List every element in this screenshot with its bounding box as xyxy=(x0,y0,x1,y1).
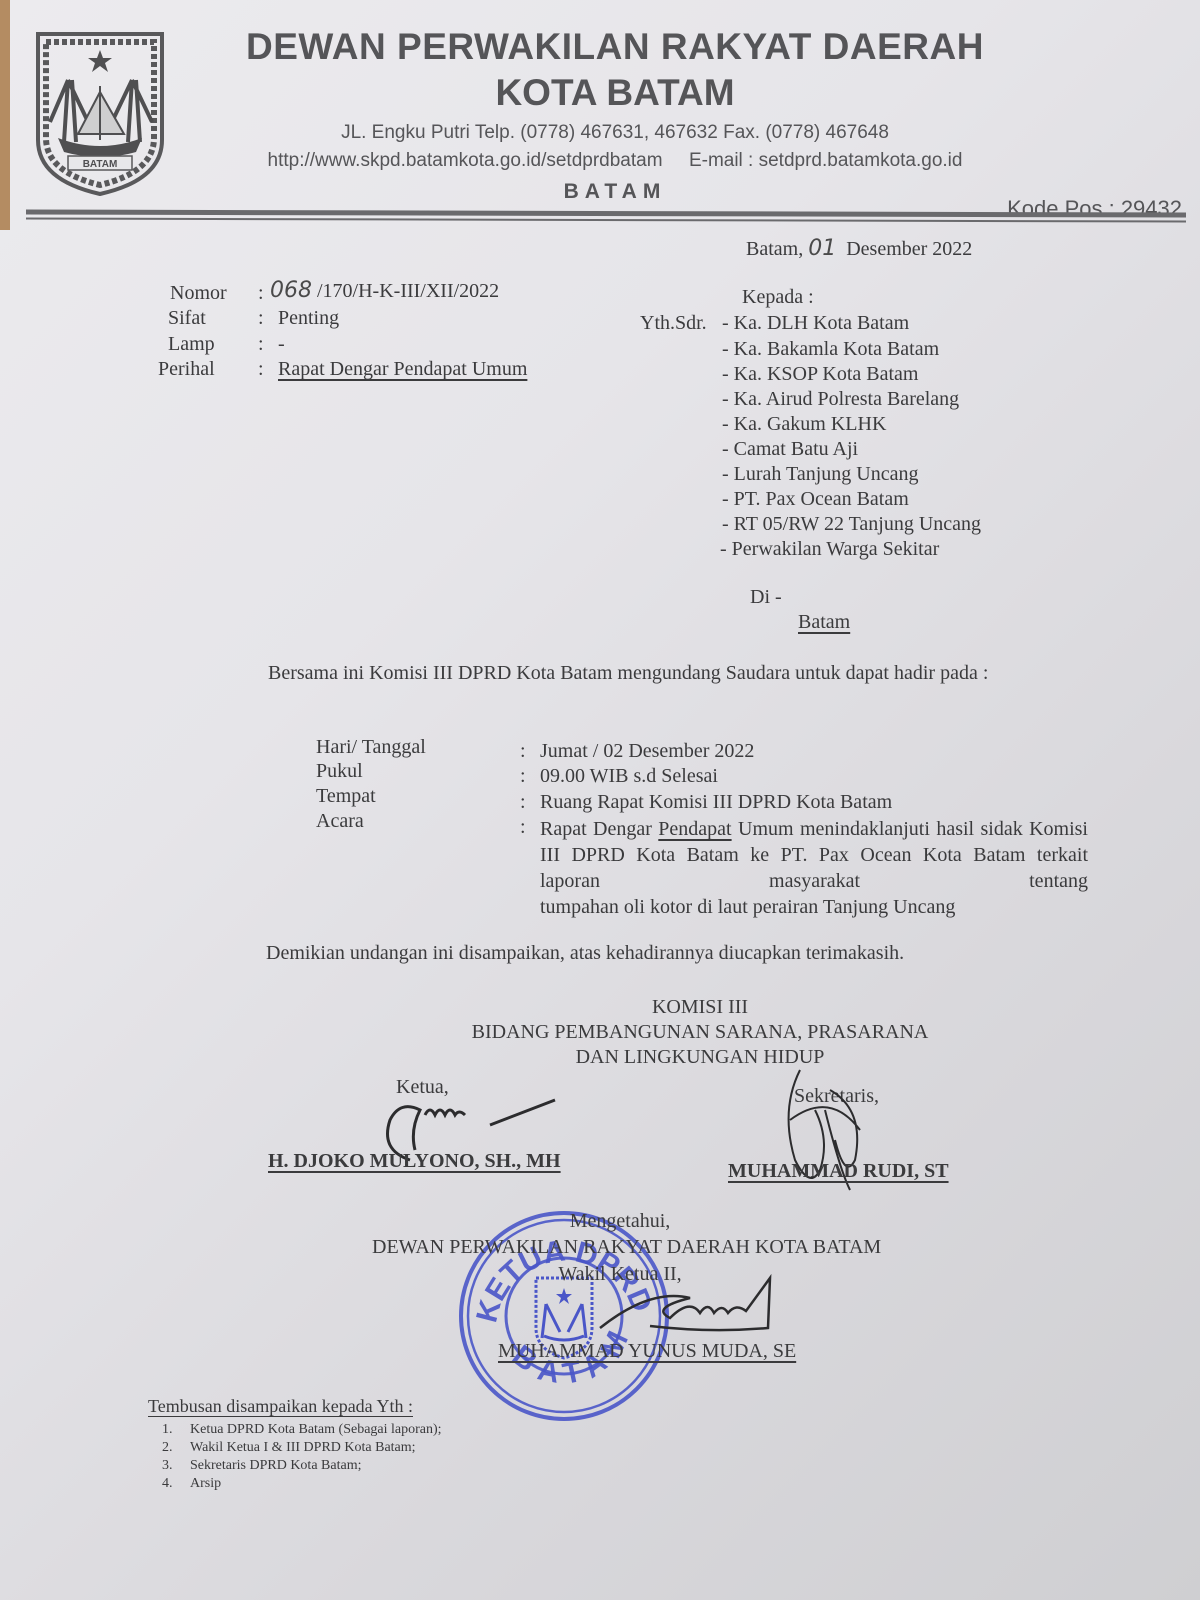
date-month-year: Desember 2022 xyxy=(846,238,972,260)
nomor-value: /170/H-K-III/XII/2022 xyxy=(317,280,499,302)
background-edge xyxy=(0,0,10,230)
recipient-item: - Lurah Tanjung Uncang xyxy=(722,463,919,486)
secretary-title: Sekretaris, xyxy=(794,1085,879,1108)
committee-field-cont: DAN LINGKUNGAN HIDUP xyxy=(350,1046,1050,1069)
copies-item: 3.Sekretaris DPRD Kota Batam; xyxy=(162,1458,361,1474)
letter-date: Batam, 01 Desember 2022 xyxy=(746,236,972,261)
svg-text:BATAM: BATAM xyxy=(83,159,118,170)
copies-item-number: 1. xyxy=(162,1422,190,1438)
postal-code: Kode Pos : 29432 xyxy=(1007,196,1182,222)
recipient-item: - Ka. Airud Polresta Barelang xyxy=(722,388,959,411)
letterhead-email: E-mail : setdprd.batamkota.go.id xyxy=(689,150,963,171)
detail-value-place: Ruang Rapat Komisi III DPRD Kota Batam xyxy=(540,791,892,814)
detail-colon: : xyxy=(520,816,526,839)
acknowledgement-name: MUHAMMAD YUNUS MUDA, SE xyxy=(498,1340,796,1363)
copies-item: 1.Ketua DPRD Kota Batam (Sebagai laporan… xyxy=(162,1422,442,1438)
copies-item: 4.Arsip xyxy=(162,1476,221,1492)
detail-colon: : xyxy=(520,765,526,788)
meta-value-nomor: 068 /170/H-K-III/XII/2022 xyxy=(270,278,499,303)
detail-colon: : xyxy=(520,791,526,814)
recipient-item: - Ka. KSOP Kota Batam xyxy=(722,363,918,386)
detail-label-time: Pukul xyxy=(316,760,363,783)
copies-heading: Tembusan disampaikan kepada Yth : xyxy=(148,1396,413,1417)
meta-colon: : xyxy=(258,307,264,330)
copies-item-text: Wakil Ketua I & III DPRD Kota Batam; xyxy=(190,1440,416,1455)
institution-title: DEWAN PERWAKILAN RAKYAT DAERAH xyxy=(200,26,1030,68)
detail-label-agenda: Acara xyxy=(316,810,364,833)
acknowledgement-title: Wakil Ketua II, xyxy=(420,1263,820,1286)
institution-city-title: KOTA BATAM xyxy=(200,72,1030,114)
meta-colon: : xyxy=(258,358,264,381)
meta-label-sifat: Sifat xyxy=(168,307,268,330)
nomor-handwritten: 068 xyxy=(270,278,312,303)
copies-item: 2.Wakil Ketua I & III DPRD Kota Batam; xyxy=(162,1440,416,1456)
detail-label-date: Hari/ Tanggal xyxy=(316,736,426,759)
closing-sentence: Demikian undangan ini disampaikan, atas … xyxy=(266,942,904,965)
chair-title: Ketua, xyxy=(396,1076,449,1099)
intro-paragraph: Bersama ini Komisi III DPRD Kota Batam m… xyxy=(268,660,1088,686)
acknowledgement-institution: DEWAN PERWAKILAN RAKYAT DAERAH KOTA BATA… xyxy=(372,1236,881,1259)
acknowledgement-label: Mengetahui, xyxy=(420,1210,820,1233)
agenda-text: Rapat Dengar xyxy=(540,818,658,840)
recipient-item: - Ka. DLH Kota Batam xyxy=(722,312,909,335)
copies-item-number: 4. xyxy=(162,1476,190,1492)
detail-label-place: Tempat xyxy=(316,785,376,808)
recipients-place: Batam xyxy=(798,611,850,634)
meta-colon: : xyxy=(258,333,264,356)
copies-item-number: 3. xyxy=(162,1458,190,1474)
meta-value-lamp: - xyxy=(278,333,285,356)
recipient-item: - PT. Pax Ocean Batam xyxy=(722,488,909,511)
copies-item-text: Ketua DPRD Kota Batam (Sebagai laporan); xyxy=(190,1422,442,1437)
copies-item-text: Sekretaris DPRD Kota Batam; xyxy=(190,1458,361,1473)
recipient-item: - Camat Batu Aji xyxy=(722,438,858,461)
recipients-di: Di - xyxy=(750,586,782,609)
letterhead-contact: http://www.skpd.batamkota.go.id/setdprdb… xyxy=(200,150,1030,172)
committee-name: KOMISI III xyxy=(350,996,1050,1019)
detail-value-time: 09.00 WIB s.d Selesai xyxy=(540,765,718,788)
meta-label-perihal: Perihal xyxy=(158,358,258,381)
detail-colon: : xyxy=(520,740,526,763)
copies-item-number: 2. xyxy=(162,1440,190,1456)
recipients-heading: Kepada : xyxy=(742,286,814,309)
agenda-underlined: Pendapat xyxy=(658,818,731,840)
recipient-item: - Ka. Bakamla Kota Batam xyxy=(722,338,939,361)
chair-name: H. DJOKO MULYONO, SH., MH xyxy=(268,1150,561,1173)
meta-label-nomor: Nomor xyxy=(170,282,270,305)
meta-label-lamp: Lamp xyxy=(168,333,268,356)
letterhead-address: JL. Engku Putri Telp. (0778) 467631, 467… xyxy=(200,122,1030,144)
copies-item-text: Arsip xyxy=(190,1476,221,1491)
recipient-item: - Perwakilan Warga Sekitar xyxy=(720,538,939,561)
date-prefix: Batam, xyxy=(746,238,803,260)
letterhead-website: http://www.skpd.batamkota.go.id/setdprdb… xyxy=(268,150,663,171)
meta-colon: : xyxy=(258,282,264,305)
meta-value-sifat: Penting xyxy=(278,307,339,330)
detail-value-agenda: Rapat Dengar Pendapat Umum menindaklanju… xyxy=(540,816,1088,920)
agenda-last-line: tumpahan oli kotor di laut perairan Tanj… xyxy=(540,894,1088,920)
recipient-item: - Ka. Gakum KLHK xyxy=(722,413,886,436)
recipient-item: - RT 05/RW 22 Tanjung Uncang xyxy=(722,513,981,536)
date-day-handwritten: 01 xyxy=(808,236,836,261)
secretary-name: MUHAMMAD RUDI, ST xyxy=(728,1160,949,1183)
meta-value-perihal: Rapat Dengar Pendapat Umum xyxy=(278,358,527,381)
recipients-salutation: Yth.Sdr. xyxy=(640,312,707,335)
committee-field: BIDANG PEMBANGUNAN SARANA, PRASARANA xyxy=(320,1021,1080,1044)
batam-city-emblem-icon: BATAM xyxy=(32,30,168,198)
letterhead-city: BATAM xyxy=(200,180,1030,204)
detail-value-date: Jumat / 02 Desember 2022 xyxy=(540,740,754,763)
